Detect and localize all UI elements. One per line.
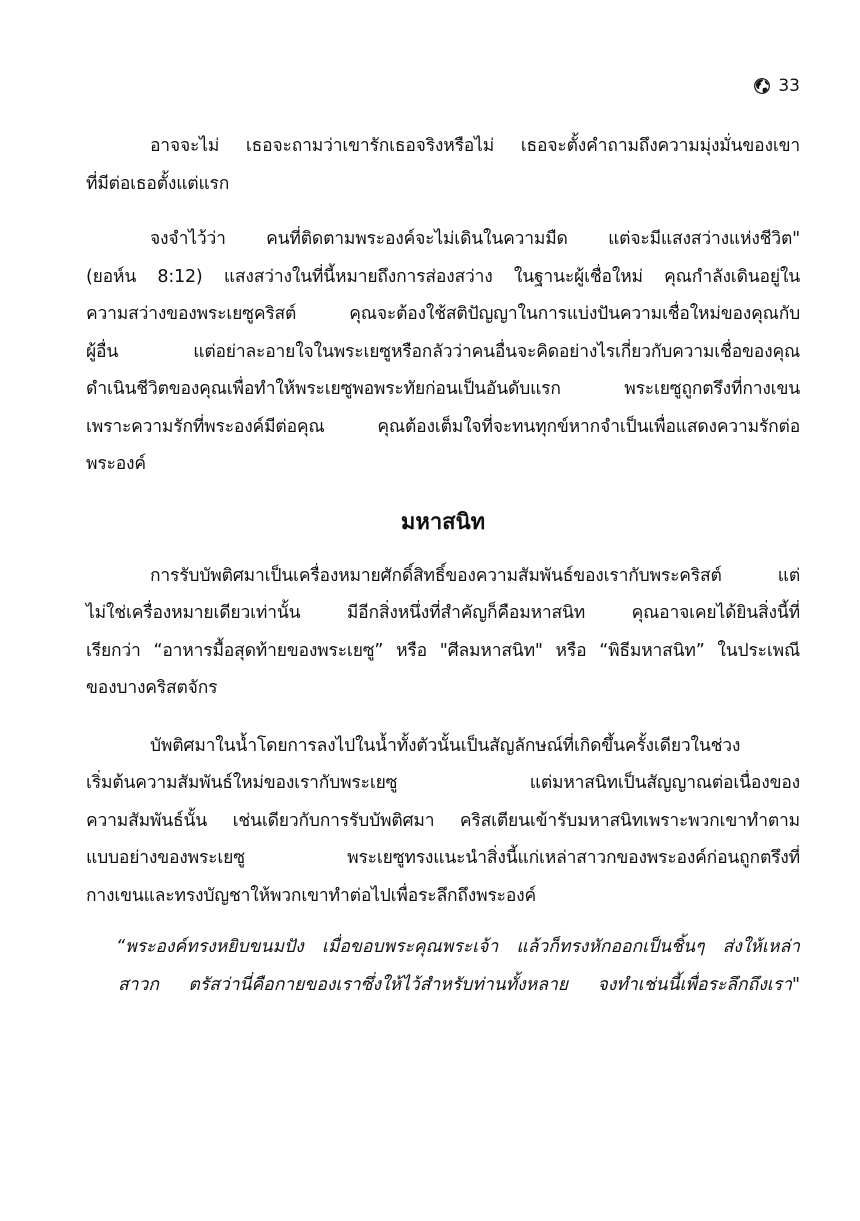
text-line: บัพติศมาในน้ำโดยการลงไปในน้ำทั้งตัวนั้นเ… — [86, 728, 800, 766]
quote-line: “พระองค์ทรงหยิบขนมปัง เมื่อขอบพระคุณพระเ… — [116, 929, 800, 967]
text-line: กางเขนและทรงบัญชาให้พวกเขาทำต่อไปเพื่อระ… — [86, 878, 800, 916]
text-line: ที่มีต่อเธอตั้งแต่แรก — [86, 166, 800, 204]
text-line: ของบางคริสตจักร — [86, 670, 800, 708]
text-line: ดำเนินชีวิตของคุณเพื่อทำให้พระเยซูพอพระท… — [86, 371, 800, 409]
text-line: ไม่ใช่เครื่องหมายเดียวเท่านั้น มีอีกสิ่ง… — [86, 595, 800, 633]
text-line: อาจจะไม่ เธอจะถามว่าเขารักเธอจริงหรือไม่… — [86, 128, 800, 166]
page-number: 33 — [778, 76, 800, 96]
globe-icon — [754, 78, 770, 94]
section-heading: มหาสนิท — [86, 506, 800, 540]
text-line: (ยอห์น 8:12) แสงสว่างในที่นี้หมายถึงการส… — [86, 259, 800, 297]
text-line: ความสัมพันธ์นั้น เช่นเดียวกับการรับบัพติ… — [86, 803, 800, 841]
paragraph-3: การรับบัพติศมาเป็นเครื่องหมายศักดิ์สิทธิ… — [86, 558, 800, 708]
text-line: เริ่มต้นความสัมพันธ์ใหม่ของเรากับพระเยซู… — [86, 765, 800, 803]
page-content: อาจจะไม่ เธอจะถามว่าเขารักเธอจริงหรือไม่… — [86, 128, 800, 1004]
text-line: ผู้อื่น แต่อย่าละอายใจในพระเยซูหรือกลัวว… — [86, 334, 800, 372]
text-line: จงจำไว้ว่า คนที่ติดตามพระองค์จะไม่เดินใน… — [86, 221, 800, 259]
text-line: ความสว่างของพระเยซูคริสต์ คุณจะต้องใช้สต… — [86, 296, 800, 334]
scripture-quote: “พระองค์ทรงหยิบขนมปัง เมื่อขอบพระคุณพระเ… — [86, 929, 800, 1004]
text-line: พระองค์ — [86, 446, 800, 484]
text-line: เรียกว่า “อาหารมื้อสุดท้ายของพระเยซู” หร… — [86, 633, 800, 671]
paragraph-1: อาจจะไม่ เธอจะถามว่าเขารักเธอจริงหรือไม่… — [86, 128, 800, 203]
paragraph-4: บัพติศมาในน้ำโดยการลงไปในน้ำทั้งตัวนั้นเ… — [86, 728, 800, 916]
page-header: 33 — [754, 76, 800, 96]
text-line: การรับบัพติศมาเป็นเครื่องหมายศักดิ์สิทธิ… — [86, 558, 800, 596]
text-line: เพราะความรักที่พระองค์มีต่อคุณ คุณต้องเต… — [86, 409, 800, 447]
paragraph-2: จงจำไว้ว่า คนที่ติดตามพระองค์จะไม่เดินใน… — [86, 221, 800, 484]
text-line: แบบอย่างของพระเยซู พระเยซูทรงแนะนำสิ่งนี… — [86, 840, 800, 878]
quote-line: สาวก ตรัสว่านี่คือกายของเราซึ่งให้ไว้สำห… — [116, 967, 800, 1005]
